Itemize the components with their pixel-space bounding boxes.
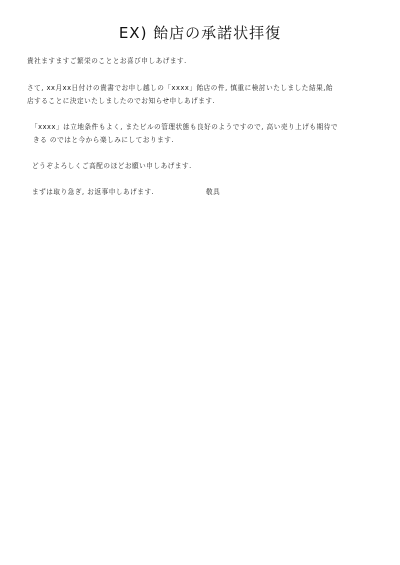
document-title: EX) 飴店の承諾状拝復	[0, 23, 400, 43]
document-page: EX) 飴店の承諾状拝復 貴社ますますご繁栄のこととお喜び申しあげます. さて,…	[0, 0, 400, 565]
paragraph-4: どうぞよろしくご高配のほどお願い申しあげます.	[32, 162, 192, 171]
closing-line: まずは取り急ぎ, お返事申しあげます.	[32, 188, 154, 197]
paragraph-3-line-2: きる のではと今から楽しみにしております.	[33, 136, 174, 145]
paragraph-2-line-1: さて, xx月xx日付けの貴書でお申し越しの「xxxx」飴店の件, 慎重に検討い…	[27, 84, 333, 93]
paragraph-3-line-1: 「xxxx」は立地条件もよく, またビルの管理状態も良好のようですので, 高い売…	[31, 123, 338, 132]
greeting-line: 貴社ますますご繁栄のこととお喜び申しあげます.	[27, 57, 187, 66]
paragraph-2-line-2: 店することに決定いたしましたのでお知らせ申しあげます.	[27, 97, 215, 106]
sign-off: 敬具	[206, 188, 220, 197]
